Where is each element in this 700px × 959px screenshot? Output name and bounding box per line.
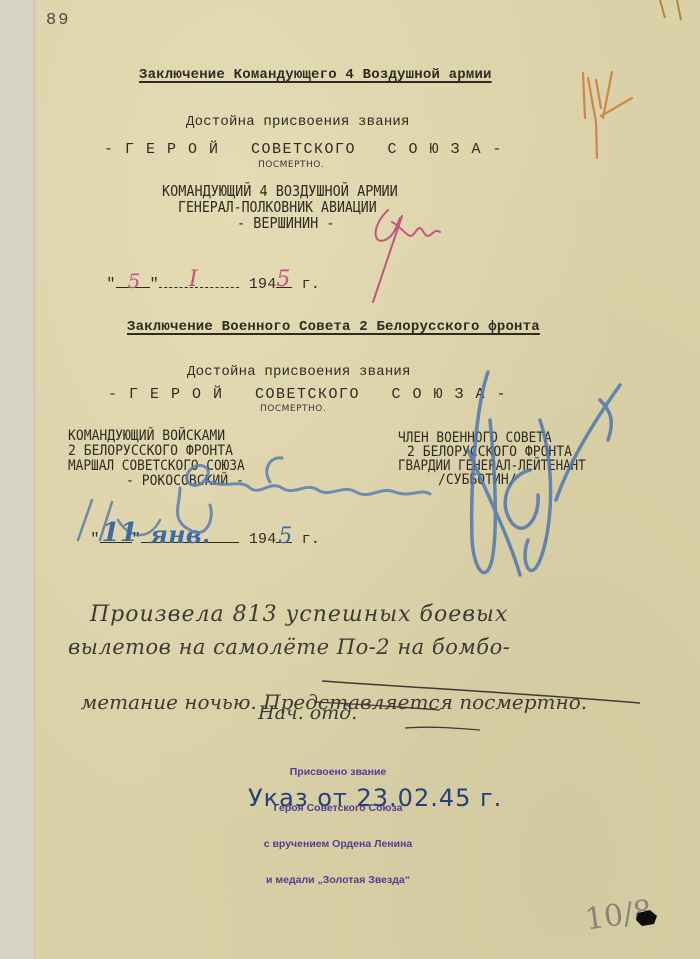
date-unit: г.: [302, 276, 320, 293]
section2-left-signer-line-2: 2 БЕЛОРУССКОГО ФРОНТА: [68, 443, 233, 459]
archive-page-number: 89: [46, 11, 70, 30]
section2-left-signer-line-3: МАРШАЛ СОВЕТСКОГО СОЮЗА: [68, 458, 245, 474]
section2-left-signer-line-4: - РОКОСОВСКИЙ -: [126, 473, 244, 489]
section1-rank: - Г Е Р О Й СОВЕТСКОГО С О Ю З А -: [104, 141, 503, 158]
date-year-blank: 5: [276, 275, 292, 288]
award-stamp: Присвоено звание Героя Советского Союза …: [238, 742, 438, 898]
section1-posthumous-stamp: ПОСМЕРТНО.: [258, 160, 324, 170]
section1-worthy-text: Достойна присвоения звания: [186, 114, 410, 130]
section1-title: Заключение Командующего 4 Воздушной арми…: [139, 67, 492, 83]
section2-date: "11"янв.1945 г.: [72, 513, 320, 548]
award-stamp-line-1: Присвоено звание: [238, 766, 438, 778]
date-month-blank: янв.: [141, 530, 239, 543]
date-open-quote: ": [90, 531, 99, 548]
date-month-blank: I: [159, 275, 239, 288]
decree-reference: Указ от 23.02.45 г.: [248, 784, 502, 812]
date-year-prefix: 194: [249, 531, 277, 548]
section2-worthy-text: Достойна присвоения звания: [187, 364, 411, 380]
handwritten-note-line-2: вылетов на самолёте По-2 на бомбо-: [68, 635, 510, 659]
award-stamp-line-4: и медали „Золотая Звезда“: [238, 874, 438, 886]
date-year-suffix: 5: [278, 524, 292, 549]
section2-rank: - Г Е Р О Й СОВЕТСКОГО С О Ю З А -: [108, 386, 507, 403]
award-stamp-line-3: с вручением Ордена Ленина: [238, 838, 438, 850]
section2-right-signer-line-4: /СУББОТИН/: [438, 472, 517, 488]
section2-left-signer-line-1: КОМАНДУЮЩИЙ ВОЙСКАМИ: [68, 428, 225, 444]
date-month-value: янв.: [149, 520, 211, 549]
date-open-quote: ": [106, 276, 115, 293]
section2-title: Заключение Военного Совета 2 Белорусског…: [127, 319, 540, 335]
scan-margin-strip: [0, 0, 35, 959]
section1-signer-line-3: - ВЕРШИНИН -: [237, 214, 335, 232]
date-year-prefix: 194: [249, 276, 277, 293]
date-year-suffix: 5: [276, 267, 290, 292]
date-day-blank: 11: [100, 530, 132, 543]
section2-posthumous-stamp: ПОСМЕРТНО.: [260, 404, 326, 414]
date-close-quote: ": [150, 276, 159, 293]
date-day-value: 5: [128, 269, 141, 293]
handwritten-note-line-1: Произвела 813 успешных боевых: [90, 602, 508, 627]
date-day-value: 11: [102, 518, 139, 548]
date-month-value: I: [189, 267, 198, 292]
date-year-blank: 5: [276, 530, 292, 543]
handwritten-signoff: Нач. отд.: [258, 702, 357, 724]
date-day-blank: 5: [116, 275, 150, 288]
date-unit: г.: [302, 531, 320, 548]
section1-date: "5"I1945 г.: [88, 258, 320, 293]
